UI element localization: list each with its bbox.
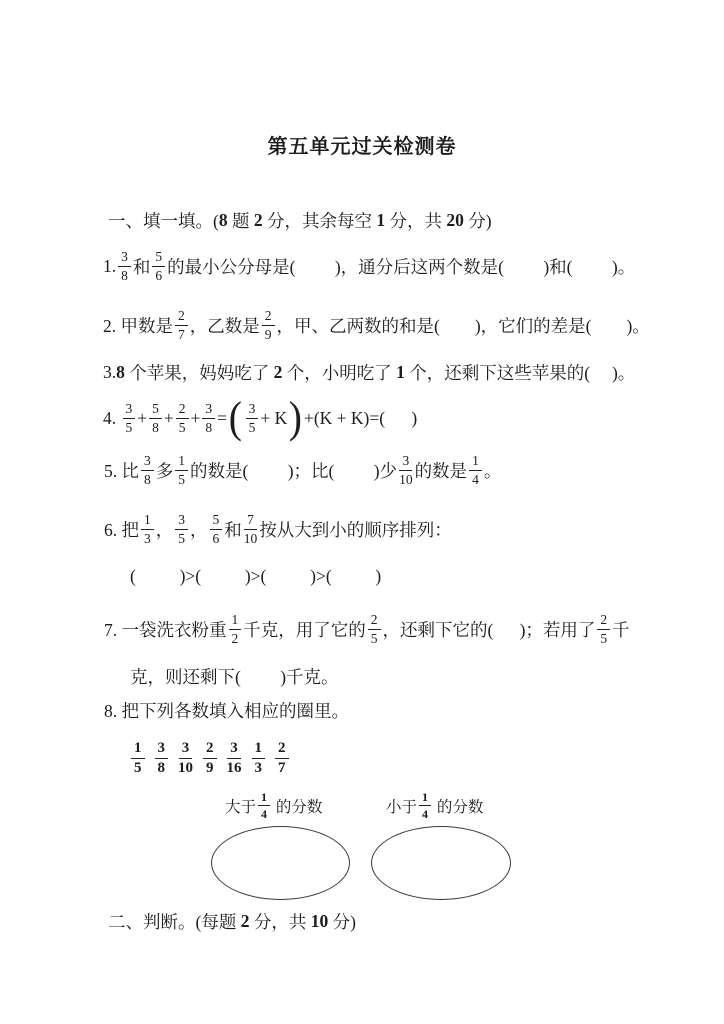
text-run: +(K + K)=( ) [304, 408, 417, 429]
fraction-numerator: 3 [155, 741, 169, 759]
question-2: 2. 甲数是27，乙数是29，甲、乙两数的和是( )，它们的差是( )。 [103, 309, 650, 341]
text-run: ， [156, 517, 174, 542]
text-run: = [217, 408, 227, 429]
fraction-numerator: 5 [152, 250, 165, 267]
text-run: 7. 一袋洗衣粉重 [104, 617, 227, 642]
text-run: 8 [219, 210, 228, 231]
fraction-denominator: 5 [126, 419, 133, 435]
fraction-numerator: 3 [227, 741, 241, 759]
fraction-denominator: 5 [600, 630, 607, 646]
text-run: 克，则还剩下( )千克。 [130, 664, 339, 689]
fraction-numerator: 1 [131, 741, 145, 759]
fraction: 38 [155, 741, 169, 776]
fraction-denominator: 8 [144, 471, 151, 487]
fraction: 25 [368, 613, 381, 645]
fraction-numerator: 1 [419, 791, 431, 806]
text-run: 分，共 [385, 208, 446, 233]
fraction-numerator: 3 [118, 250, 131, 267]
fraction-denominator: 10 [399, 471, 413, 487]
fraction: 35 [123, 402, 136, 434]
text-run: + [191, 408, 201, 429]
fraction-numerator: 2 [262, 309, 275, 326]
text-run: 10 [311, 911, 329, 932]
text-run: 2. 甲数是 [103, 313, 173, 338]
fraction-numerator: 1 [175, 454, 188, 471]
fraction: 35 [175, 513, 188, 545]
fraction-denominator: 5 [134, 759, 142, 776]
fraction-numerator: 3 [399, 454, 412, 471]
fraction: 27 [275, 741, 289, 776]
text-run: 小于 [386, 795, 417, 817]
question-7-line-2: 克，则还剩下( )千克。 [130, 664, 339, 689]
text-run: ，甲、乙两数的和是( )，它们的差是( )。 [277, 313, 650, 338]
fraction: 15 [175, 454, 188, 486]
fraction-denominator: 4 [422, 806, 428, 820]
fraction: 29 [262, 309, 275, 341]
text-run: 4. [103, 408, 121, 429]
text-run: 个，小明吃了 [282, 360, 396, 385]
fraction-numerator: 3 [179, 741, 193, 759]
text-run: 8 [116, 362, 125, 383]
text-run: 二、判断。(每题 [108, 909, 241, 934]
fraction: 58 [149, 402, 162, 434]
fraction: 710 [244, 513, 258, 545]
text-run: ，还剩下它的( )；若用了 [383, 617, 596, 642]
text-run: 6. 把 [104, 517, 139, 542]
less-than-circle [371, 826, 511, 900]
fraction: 25 [597, 613, 610, 645]
greater-than-circle-label: 大于14 的分数 [225, 791, 322, 820]
question-3: 3.8 个苹果，妈妈吃了 2 个，小明吃了 1 个，还剩下这些苹果的( )。 [103, 360, 635, 385]
text-run: 的数是 [415, 458, 468, 483]
text-run: 的分数 [272, 795, 322, 817]
text-run: 分，其余每空 [263, 208, 377, 233]
fraction-denominator: 8 [121, 267, 128, 283]
fraction-numerator: 1 [229, 613, 242, 630]
fraction-numerator: 5 [149, 402, 162, 419]
fraction-numerator: 7 [244, 513, 257, 530]
text-run: 。 [484, 458, 502, 483]
greater-than-circle [211, 826, 350, 900]
text-run: 1 [376, 210, 385, 231]
fraction-denominator: 4 [261, 806, 267, 820]
text-run: 1 [396, 362, 405, 383]
text-run: 2 [274, 362, 283, 383]
fraction: 27 [175, 309, 188, 341]
fraction-denominator: 5 [178, 530, 185, 546]
fraction-denominator: 8 [158, 759, 166, 776]
fraction-denominator: 6 [155, 267, 162, 283]
fraction-denominator: 3 [255, 759, 263, 776]
fraction-denominator: 5 [179, 419, 186, 435]
text-run: 多 [156, 458, 174, 483]
fraction-numerator: 3 [246, 402, 259, 419]
text-run: 20 [446, 210, 464, 231]
fraction: 310 [178, 741, 193, 776]
text-run: 大于 [225, 795, 256, 817]
fraction-denominator: 16 [227, 759, 242, 776]
fraction: 38 [118, 250, 131, 282]
fraction: 14 [258, 791, 270, 820]
fraction-denominator: 8 [205, 419, 212, 435]
fraction: 25 [176, 402, 189, 434]
fraction-numerator: 1 [141, 513, 154, 530]
question-6: 6. 把13，35，56和710按从大到小的顺序排列： [104, 513, 452, 545]
fraction: 310 [399, 454, 413, 486]
text-run: 8. 把下列各数填入相应的圈里。 [104, 698, 349, 723]
section-1-heading: 一、填一填。(8 题 2 分，其余每空 1 分，共 20 分) [108, 208, 492, 233]
fraction-denominator: 4 [472, 471, 479, 487]
text-run: 的最小公分母是( )，通分后这两个数是( )和( )。 [167, 254, 635, 279]
text-run: 分，共 [249, 909, 310, 934]
question-1: 1.38和56的最小公分母是( )，通分后这两个数是( )和( )。 [103, 250, 635, 282]
fraction-denominator: 5 [371, 630, 378, 646]
fraction: 316 [227, 741, 242, 776]
fraction: 38 [141, 454, 154, 486]
text-run: 分) [464, 208, 492, 233]
question-7-line-1: 7. 一袋洗衣粉重12千克，用了它的25，还剩下它的( )；若用了25千 [104, 613, 630, 645]
fraction-numerator: 2 [203, 741, 217, 759]
fraction-numerator: 3 [175, 513, 188, 530]
text-run: 一、填一填。( [108, 208, 219, 233]
text-run: 3. [103, 362, 116, 383]
text-run: 个，还剩下这些苹果的( )。 [405, 360, 635, 385]
text-run: 2 [254, 210, 263, 231]
fraction-numerator: 5 [210, 513, 223, 530]
question-8: 8. 把下列各数填入相应的圈里。 [104, 698, 349, 723]
fraction-denominator: 7 [278, 759, 286, 776]
fraction-denominator: 6 [213, 530, 220, 546]
text-run: 题 [228, 208, 254, 233]
fraction-numerator: 1 [469, 454, 482, 471]
less-than-circle-label: 小于14 的分数 [386, 791, 483, 820]
fraction-denominator: 3 [144, 530, 151, 546]
fraction-denominator: 2 [232, 630, 239, 646]
text-run: ，乙数是 [190, 313, 260, 338]
fraction: 13 [141, 513, 154, 545]
text-run: 千克，用了它的 [243, 617, 366, 642]
fraction: 56 [152, 250, 165, 282]
fraction: 13 [252, 741, 266, 776]
text-run: 和 [133, 254, 151, 279]
document-page: 第五单元过关检测卷 一、填一填。(8 题 2 分，其余每空 1 分，共 20 分… [0, 0, 724, 1024]
text-run: 2 [241, 911, 250, 932]
fraction-denominator: 5 [178, 471, 185, 487]
text-run: 个苹果，妈妈吃了 [125, 360, 274, 385]
text-run: 千 [612, 617, 630, 642]
fraction-numerator: 1 [258, 791, 270, 806]
fraction-denominator: 9 [265, 326, 272, 342]
question-8-fraction-list: 1538310293161327 [131, 741, 289, 776]
page-title: 第五单元过关检测卷 [0, 130, 724, 159]
fraction-numerator: 3 [123, 402, 136, 419]
section-2-heading: 二、判断。(每题 2 分，共 10 分) [108, 909, 356, 934]
fraction: 38 [202, 402, 215, 434]
text-run: 和 [224, 517, 242, 542]
text-run: 分) [328, 909, 356, 934]
fraction-denominator: 9 [206, 759, 214, 776]
text-run: 5. 比 [104, 458, 139, 483]
fraction-denominator: 10 [178, 759, 193, 776]
fraction-numerator: 2 [175, 309, 188, 326]
question-5: 5. 比38多15的数是( )；比( )少310的数是14。 [104, 454, 501, 486]
fraction: 29 [203, 741, 217, 776]
fraction: 15 [131, 741, 145, 776]
fraction: 56 [210, 513, 223, 545]
fraction: 14 [469, 454, 482, 486]
fraction-numerator: 2 [597, 613, 610, 630]
text-run: 1. [103, 256, 116, 277]
fraction: 14 [419, 791, 431, 820]
text-run: 的分数 [433, 795, 483, 817]
fraction-numerator: 1 [252, 741, 266, 759]
question-4: 4. 35+58+25+38=(35+ K)+(K + K)=( ) [103, 401, 417, 435]
fraction-denominator: 8 [152, 419, 159, 435]
fraction-numerator: 2 [275, 741, 289, 759]
text-run: + [164, 408, 174, 429]
text-run: + [137, 408, 147, 429]
text-run: 的数是( )；比( )少 [190, 458, 397, 483]
question-6-answer-blanks: ( )>( )>( )>( ) [130, 566, 381, 587]
fraction: 35 [246, 402, 259, 434]
fraction-numerator: 3 [202, 402, 215, 419]
text-run: ， [190, 517, 208, 542]
text-run: + K [260, 408, 287, 429]
fraction-denominator: 5 [249, 419, 256, 435]
fraction-denominator: 10 [244, 530, 258, 546]
text-run: 按从大到小的顺序排列： [259, 517, 452, 542]
fraction-numerator: 2 [368, 613, 381, 630]
big-parenthesis: ) [289, 401, 302, 435]
fraction: 12 [229, 613, 242, 645]
text-run: ( )>( )>( )>( ) [130, 566, 381, 587]
big-parenthesis: ( [229, 401, 242, 435]
fraction-numerator: 2 [176, 402, 189, 419]
fraction-numerator: 3 [141, 454, 154, 471]
fraction-denominator: 7 [178, 326, 185, 342]
